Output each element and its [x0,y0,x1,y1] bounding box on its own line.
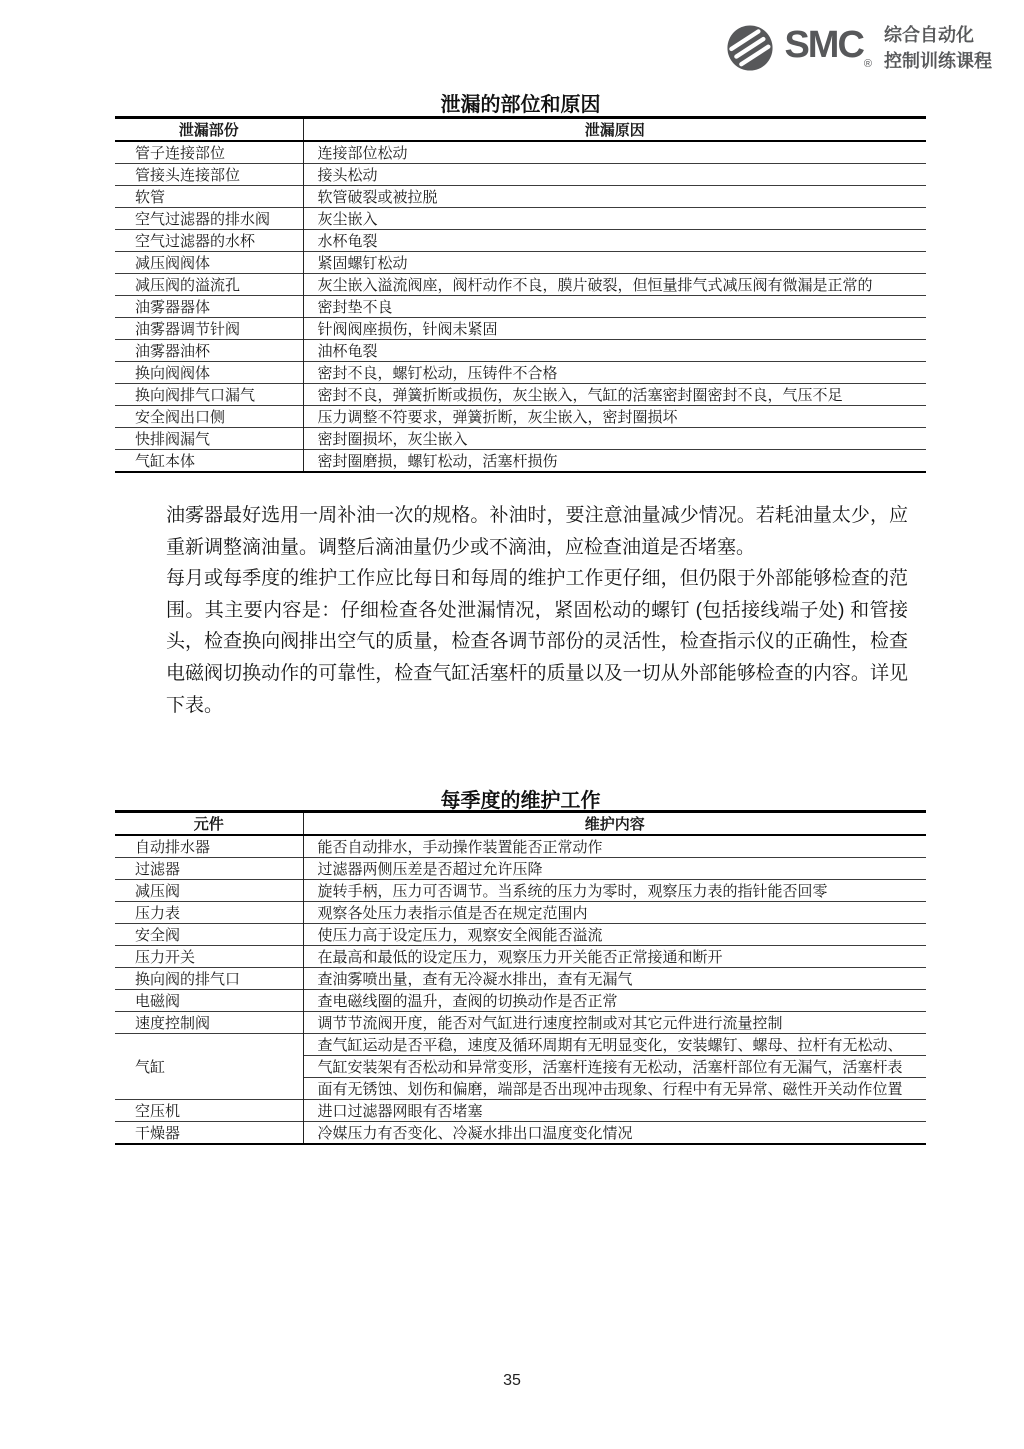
content-cell: 调节节流阀开度，能否对气缸进行速度控制或对其它元件进行流量控制 [303,1012,926,1034]
label-cell: 换向阀的排气口 [115,968,303,990]
table-row: 压力开关在最高和最低的设定压力，观察压力开关能否正常接通和断开 [115,946,926,968]
logo-subtitle-line2: 控制训练课程 [884,48,992,74]
label-cell: 干燥器 [115,1122,303,1145]
content-cell: 接头松动 [303,164,926,186]
label-cell: 减压阀阀体 [115,252,303,274]
header-row: 泄漏部份 泄漏原因 [115,118,926,142]
leak-table-title: 泄漏的部位和原因 [115,88,926,117]
table-row: 电磁阀查电磁线圈的温升，查阀的切换动作是否正常 [115,990,926,1012]
label-cell: 减压阀 [115,880,303,902]
table-row: 干燥器冷媒压力有否变化、冷凝水排出口温度变化情况 [115,1122,926,1145]
label-cell: 安全阀 [115,924,303,946]
maintenance-table-title: 每季度的维护工作 [115,784,926,813]
table-row: 安全阀使压力高于设定压力，观察安全阀能否溢流 [115,924,926,946]
table-row: 减压阀阀体紧固螺钉松动 [115,252,926,274]
content-cell: 密封不良，螺钉松动，压铸件不合格 [303,362,926,384]
maintenance-table: 元件 维护内容 自动排水器能否自动排水，手动操作装置能否正常动作过滤器过滤器两侧… [115,810,926,1145]
table-row: 空气过滤器的水杯水杯龟裂 [115,230,926,252]
table-row: 换向阀阀体密封不良，螺钉松动，压铸件不合格 [115,362,926,384]
table-row: 快排阀漏气密封圈损坏，灰尘嵌入 [115,428,926,450]
content-cell: 紧固螺钉松动 [303,252,926,274]
paragraph-lubricator: 油雾器最好选用一周补油一次的规格。补油时，要注意油量减少情况。若耗油量太少，应重… [166,500,908,563]
document-page: SMC® 综合自动化 控制训练课程 泄漏的部位和原因 泄漏部份 泄漏原因 管子连… [0,0,1024,1449]
label-cell: 安全阀出口侧 [115,406,303,428]
content-cell: 密封不良，弹簧折断或损伤，灰尘嵌入，气缸的活塞密封圈密封不良，气压不足 [303,384,926,406]
registered-mark: ® [864,58,872,70]
table-row: 速度控制阀调节节流阀开度，能否对气缸进行速度控制或对其它元件进行流量控制 [115,1012,926,1034]
content-cell: 气缸安装架有否松动和异常变形，活塞杆连接有无松动，活塞杆部位有无漏气，活塞杆表 [303,1056,926,1078]
label-cell: 软管 [115,186,303,208]
page-number: 35 [0,1372,1024,1390]
column-header-cause: 泄漏原因 [303,118,926,142]
content-cell: 过滤器两侧压差是否超过允许压降 [303,858,926,880]
content-cell: 旋转手柄，压力可否调节。当系统的压力为零时，观察压力表的指针能否回零 [303,880,926,902]
content-cell: 灰尘嵌入 [303,208,926,230]
content-cell: 能否自动排水，手动操作装置能否正常动作 [303,835,926,858]
label-cell: 速度控制阀 [115,1012,303,1034]
column-header-component: 元件 [115,812,303,836]
header-row: 元件 维护内容 [115,812,926,836]
label-cell: 减压阀的溢流孔 [115,274,303,296]
label-cell: 自动排水器 [115,835,303,858]
table-row: 油雾器油杯油杯龟裂 [115,340,926,362]
content-cell: 在最高和最低的设定压力，观察压力开关能否正常接通和断开 [303,946,926,968]
label-cell: 空压机 [115,1100,303,1122]
content-cell: 面有无锈蚀、划伤和偏磨，端部是否出现冲击现象、行程中有无异常、磁性开关动作位置 [303,1078,926,1100]
content-cell: 查油雾喷出量，查有无冷凝水排出，查有无漏气 [303,968,926,990]
logo-subtitle-line1: 综合自动化 [884,22,992,48]
table-row: 油雾器调节针阀针阀阀座损伤，针阀未紧固 [115,318,926,340]
label-cell: 过滤器 [115,858,303,880]
table-row: 油雾器器体密封垫不良 [115,296,926,318]
content-cell: 连接部位松动 [303,141,926,164]
content-cell: 使压力高于设定压力，观察安全阀能否溢流 [303,924,926,946]
content-cell: 进口过滤器网眼有否堵塞 [303,1100,926,1122]
content-cell: 密封垫不良 [303,296,926,318]
table-row: 气缸本体密封圈磨损，螺钉松动，活塞杆损伤 [115,450,926,473]
label-cell: 快排阀漏气 [115,428,303,450]
body-text: 油雾器最好选用一周补油一次的规格。补油时，要注意油量减少情况。若耗油量太少，应重… [166,500,908,721]
paragraph-monthly-maintenance: 每月或每季度的维护工作应比每日和每周的维护工作更仔细，但仍限于外部能够检查的范围… [166,563,908,721]
label-cell: 油雾器油杯 [115,340,303,362]
table-row: 管接头连接部位接头松动 [115,164,926,186]
label-cell: 压力开关 [115,946,303,968]
content-cell: 观察各处压力表指示值是否在规定范围内 [303,902,926,924]
label-cell: 空气过滤器的水杯 [115,230,303,252]
content-cell: 软管破裂或被拉脱 [303,186,926,208]
table-row: 管子连接部位连接部位松动 [115,141,926,164]
table-row: 减压阀的溢流孔灰尘嵌入溢流阀座，阀杆动作不良，膜片破裂，但恒量排气式减压阀有微漏… [115,274,926,296]
table-row: 软管软管破裂或被拉脱 [115,186,926,208]
label-cell: 气缸本体 [115,450,303,473]
content-cell: 针阀阀座损伤，针阀未紧固 [303,318,926,340]
content-cell: 水杯龟裂 [303,230,926,252]
label-cell: 空气过滤器的排水阀 [115,208,303,230]
table-row: 气缸查气缸运动是否平稳，速度及循环周期有无明显变化，安装螺钉、螺母、拉杆有无松动… [115,1034,926,1056]
content-cell: 密封圈损坏，灰尘嵌入 [303,428,926,450]
table-row: 空气过滤器的排水阀灰尘嵌入 [115,208,926,230]
table-row: 安全阀出口侧压力调整不符要求，弹簧折断，灰尘嵌入，密封圈损坏 [115,406,926,428]
smc-wordmark: SMC® [784,26,872,70]
table-row: 自动排水器能否自动排水，手动操作装置能否正常动作 [115,835,926,858]
label-cell: 电磁阀 [115,990,303,1012]
table-row: 减压阀旋转手柄，压力可否调节。当系统的压力为零时，观察压力表的指针能否回零 [115,880,926,902]
logo-subtitle: 综合自动化 控制训练课程 [884,22,992,74]
label-cell: 管接头连接部位 [115,164,303,186]
label-cell: 油雾器调节针阀 [115,318,303,340]
content-cell: 冷媒压力有否变化、冷凝水排出口温度变化情况 [303,1122,926,1145]
table-row: 压力表观察各处压力表指示值是否在规定范围内 [115,902,926,924]
label-cell: 气缸 [115,1034,303,1100]
content-cell: 密封圈磨损，螺钉松动，活塞杆损伤 [303,450,926,473]
label-cell: 管子连接部位 [115,141,303,164]
content-cell: 查电磁线圈的温升，查阀的切换动作是否正常 [303,990,926,1012]
column-header-part: 泄漏部份 [115,118,303,142]
leak-table: 泄漏部份 泄漏原因 管子连接部位连接部位松动管接头连接部位接头松动软管软管破裂或… [115,116,926,473]
table-row: 换向阀的排气口查油雾喷出量，查有无冷凝水排出，查有无漏气 [115,968,926,990]
label-cell: 压力表 [115,902,303,924]
smc-logo-icon [726,24,774,72]
table-row: 空压机进口过滤器网眼有否堵塞 [115,1100,926,1122]
label-cell: 换向阀排气口漏气 [115,384,303,406]
label-cell: 油雾器器体 [115,296,303,318]
content-cell: 油杯龟裂 [303,340,926,362]
content-cell: 压力调整不符要求，弹簧折断，灰尘嵌入，密封圈损坏 [303,406,926,428]
content-cell: 灰尘嵌入溢流阀座，阀杆动作不良，膜片破裂，但恒量排气式减压阀有微漏是正常的 [303,274,926,296]
table-row: 换向阀排气口漏气密封不良，弹簧折断或损伤，灰尘嵌入，气缸的活塞密封圈密封不良，气… [115,384,926,406]
content-cell: 查气缸运动是否平稳，速度及循环周期有无明显变化，安装螺钉、螺母、拉杆有无松动、 [303,1034,926,1056]
label-cell: 换向阀阀体 [115,362,303,384]
smc-logo: SMC® 综合自动化 控制训练课程 [726,22,992,74]
column-header-content: 维护内容 [303,812,926,836]
table-row: 过滤器过滤器两侧压差是否超过允许压降 [115,858,926,880]
